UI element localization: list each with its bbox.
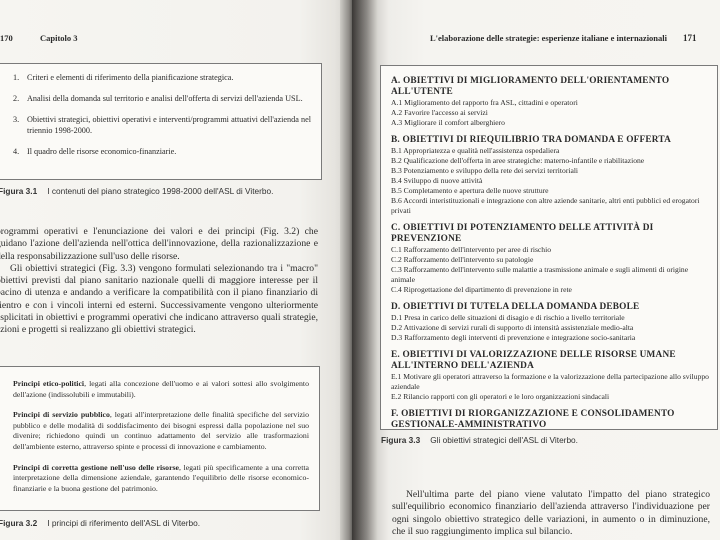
section-title: D. OBIETTIVI DI TUTELA DELLA DOMANDA DEB… (391, 302, 711, 313)
objective-section-d: D. OBIETTIVI DI TUTELA DELLA DOMANDA DEB… (391, 302, 711, 343)
objective-section-e: E. OBIETTIVI DI VALORIZZAZIONE DELLE RIS… (391, 350, 711, 402)
body-text-right: Nell'ultima parte del piano viene valuta… (392, 489, 710, 538)
objective-item: A.3 Migliorare il comfort alberghiero (391, 118, 711, 128)
principle-paragraph: Principi di servizio pubblico, legati al… (13, 410, 309, 452)
figure-3-3-box: A. OBIETTIVI DI MIGLIORAMENTO DELL'ORIEN… (380, 65, 718, 430)
caption-label: Figura 3.1 (0, 186, 37, 196)
objective-item: D.1 Presa in carico delle situazioni di … (391, 313, 711, 323)
objective-item: C.3 Rafforzamento dell'intervento sulle … (391, 265, 711, 285)
principle-paragraph: Principi di corretta gestione nell'uso d… (13, 463, 309, 495)
running-head-left: Capitolo 3 (40, 33, 78, 43)
section-title: A. OBIETTIVI DI MIGLIORAMENTO DELL'ORIEN… (391, 76, 711, 98)
principle-title: Principi etico-politici (13, 379, 84, 388)
section-title: E. OBIETTIVI DI VALORIZZAZIONE DELLE RIS… (391, 350, 711, 372)
objective-section-f: F. OBIETTIVI DI RIORGANIZZAZIONE E CONSO… (391, 409, 711, 431)
principle-title: Principi di servizio pubblico (13, 410, 110, 419)
section-title: F. OBIETTIVI DI RIORGANIZZAZIONE E CONSO… (391, 409, 711, 431)
item-text: Il quadro delle risorse economico-finanz… (27, 146, 311, 157)
item-number: 4. (13, 146, 27, 157)
figure-3-1-item: 3. Obiettivi strategici, obiettivi opera… (13, 114, 311, 136)
body-text-left: programmi operativi e l'enunciazione dei… (0, 226, 318, 337)
page-number-left: 170 (0, 33, 13, 43)
figure-3-1-box: 1. Criteri e elementi di riferimento del… (0, 63, 322, 180)
objective-item: D.2 Attivazione di servizi rurali di sup… (391, 323, 711, 333)
caption-text: Gli obiettivi strategici dell'ASL di Vit… (430, 435, 578, 445)
paragraph: Nell'ultima parte del piano viene valuta… (392, 489, 710, 538)
objective-item: E.2 Rilancio rapporti con gli operatori … (391, 392, 711, 402)
item-number: 1. (13, 72, 27, 83)
running-head-right: L'elaborazione delle strategie: esperien… (430, 33, 667, 43)
objective-item: C.4 Riprogettazione del dipartimento di … (391, 285, 711, 295)
objective-item: E.1 Motivare gli operatori attraverso la… (391, 372, 711, 392)
figure-3-1-item: 4. Il quadro delle risorse economico-fin… (13, 146, 311, 157)
figure-3-2-box: Principi etico-politici, legati alla con… (0, 366, 320, 511)
objective-item: A.1 Miglioramento del rapporto fra ASL, … (391, 98, 711, 108)
left-page: 170 Capitolo 3 1. Criteri e elementi di … (0, 0, 352, 540)
objective-item: B.1 Appropriatezza e qualità nell'assist… (391, 146, 711, 156)
section-title: C. OBIETTIVI DI POTENZIAMENTO DELLE ATTI… (391, 223, 711, 245)
principle-paragraph: Principi etico-politici, legati alla con… (13, 379, 309, 400)
figure-3-2-caption: Figura 3.2I principi di riferimento dell… (0, 518, 200, 528)
item-number: 2. (13, 93, 27, 104)
page-number-right: 171 (683, 33, 697, 43)
paragraph: programmi operativi e l'enunciazione dei… (0, 226, 318, 263)
objective-section-c: C. OBIETTIVI DI POTENZIAMENTO DELLE ATTI… (391, 223, 711, 295)
objective-item: C.2 Rafforzamento dell'intervento su pat… (391, 255, 711, 265)
item-text: Obiettivi strategici, obiettivi operativ… (27, 114, 311, 136)
objective-item: B.2 Qualificazione dell'offerta in aree … (391, 156, 711, 166)
caption-label: Figura 3.2 (0, 518, 37, 528)
figure-3-3-caption: Figura 3.3Gli obiettivi strategici dell'… (381, 435, 578, 445)
item-text: Criteri e elementi di riferimento della … (27, 72, 311, 83)
item-number: 3. (13, 114, 27, 136)
objective-item: C.1 Rafforzamento dell'intervento per ar… (391, 245, 711, 255)
figure-3-1-item: 2. Analisi della domanda sul territorio … (13, 93, 311, 104)
principle-title: Principi di corretta gestione nell'uso d… (13, 463, 179, 472)
objective-section-b: B. OBIETTIVI DI RIEQUILIBRIO TRA DOMANDA… (391, 135, 711, 216)
item-text: Analisi della domanda sul territorio e a… (27, 93, 311, 104)
caption-label: Figura 3.3 (381, 435, 420, 445)
objective-item: B.5 Completamento e apertura delle nuove… (391, 186, 711, 196)
objective-item: B.4 Sviluppo di nuove attività (391, 176, 711, 186)
objective-item: B.3 Potenziamento e sviluppo della rete … (391, 166, 711, 176)
objective-item: D.3 Rafforzamento degli interventi di pr… (391, 333, 711, 343)
caption-text: I contenuti del piano strategico 1998-20… (47, 186, 273, 196)
objective-section-a: A. OBIETTIVI DI MIGLIORAMENTO DELL'ORIEN… (391, 76, 711, 128)
objective-item: A.2 Favorire l'accesso ai servizi (391, 108, 711, 118)
paragraph: Gli obiettivi strategici (Fig. 3.3) veng… (0, 263, 318, 337)
objective-item: B.6 Accordi interistituzionali e integra… (391, 196, 711, 216)
section-title: B. OBIETTIVI DI RIEQUILIBRIO TRA DOMANDA… (391, 135, 711, 146)
caption-text: I principi di riferimento dell'ASL di Vi… (47, 518, 200, 528)
figure-3-1-item: 1. Criteri e elementi di riferimento del… (13, 72, 311, 83)
figure-3-1-caption: Figura 3.1I contenuti del piano strategi… (0, 186, 273, 196)
